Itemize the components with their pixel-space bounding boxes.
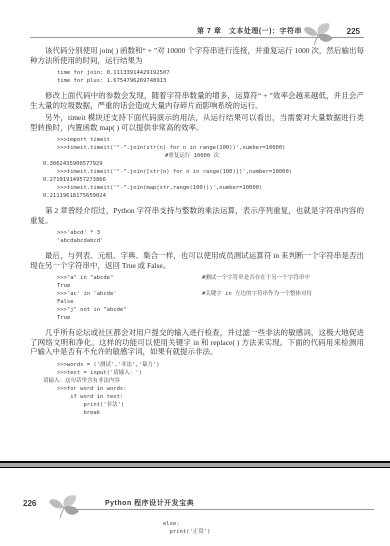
book-scan-view: 第 7 章 文本处理(一)：字符串 225 该代码分别使用 join( ) 函数… [0,0,390,546]
code-line: print('非法') [57,401,364,409]
code-line: time for join: 0.11133914429192507 [57,69,364,77]
leaf-logo-icon [47,494,81,519]
code-block-time-results: time for join: 0.11133914429192507 time … [57,69,364,85]
code-line: time for plus: 1.6754796269748913 [57,77,364,85]
page-226: 226 Python 程序设计开发宝典 else: print('正常') [0,468,390,540]
code-block-timeit: >>>import timeit >>>timeit.timeit('"-".j… [57,136,364,200]
code-line: >>>'ac' in 'abcde' [57,290,202,298]
code-line: >>>timeit.timeit('"-".join(str(n) for n … [57,144,364,152]
page-number: 226 [23,499,36,508]
header-rule [78,509,374,510]
code-output: 'abcdabcdabcd' [57,237,364,245]
book-title: Python 程序设计开发宝典 [105,498,194,508]
page-225: 第 7 章 文本处理(一)：字符串 225 该代码分别使用 join( ) 函数… [0,0,390,461]
page-number: 225 [347,27,360,36]
code-line: >>>"a" in "abcde" [57,274,202,282]
paragraph: 第 2 章曾经介绍过，Python 字符串支持与整数的乘法运算，表示序列重复，也… [30,206,364,225]
code-comment: #测试一个字符串是否存在于另一个字符串中 [202,274,310,282]
paragraph: 最后，与列表、元组、字典、集合一样，也可以使用成员测试运算符 in 来判断一个字… [30,251,364,270]
code-output: 0.21119618175659024 [43,192,364,200]
code-block-multiply: >>>'abcd' * 3 'abcdabcdabcd' [57,229,364,245]
code-output: 0.27191914957273866 [43,176,364,184]
paragraph: 几乎所有论坛或社区都会对用户提交的输入进行检查，并过滤一些非法的敏感词，这极大地… [30,328,364,357]
leaf-logo-icon [302,22,334,46]
code-output: True [57,314,364,322]
chapter-title: 第 7 章 文本处理(一)：字符串 [197,26,302,36]
code-line: >>>timeit.timeit('"-".join(map(str,range… [57,184,364,192]
code-line: if word in text: [57,393,364,401]
code-comment: #重复运行 10000 次 [57,152,364,160]
code-line: print('正常') [163,528,370,536]
page-break-band [0,461,390,468]
code-output: 0.3062435900577929 [43,160,364,168]
code-line: else: [163,520,370,528]
paragraph: 另外，timeit 模块还支持下面代码演示的用法，从运行结果可以看出，当需要对大… [30,113,364,132]
code-line: >>>timeit.timeit('"-".join([str(n) for n… [57,168,364,176]
code-block-sensitive-words: >>>words = ('测试','非法','暴力') >>>text = in… [57,361,364,417]
page-225-header: 第 7 章 文本处理(一)：字符串 225 [30,24,364,40]
code-line: >>>import timeit [57,136,364,144]
code-block-else: else: print('正常') [163,520,370,536]
code-output: False [57,298,364,306]
code-line: >>>"j" not in "abcde" [57,306,364,314]
code-line: >>>words = ('测试','非法','暴力') [57,361,364,369]
code-echo: 请输入：这句话里含有非法内容 [43,377,364,385]
code-line: >>>text = input('请输入：') [57,369,364,377]
paragraph: 修改上面代码中的参数会发现，随着字符串数量的增多，运算符“ + ”效率会越来越低… [30,91,364,110]
paragraph: 该代码分别使用 join( ) 函数和“ + ”对 10000 个字符串进行连接… [30,46,364,65]
code-comment: #关键字 in 左边的字符串作为一个整体对待 [202,290,312,298]
page-226-header: 226 Python 程序设计开发宝典 [23,494,370,512]
code-block-membership: >>>"a" in "abcde" #测试一个字符串是否存在于另一个字符串中 T… [57,274,364,322]
code-output: True [57,282,364,290]
code-line: >>>'abcd' * 3 [57,229,364,237]
code-line: >>>for word in words: [57,385,364,393]
code-line: break [57,409,364,417]
